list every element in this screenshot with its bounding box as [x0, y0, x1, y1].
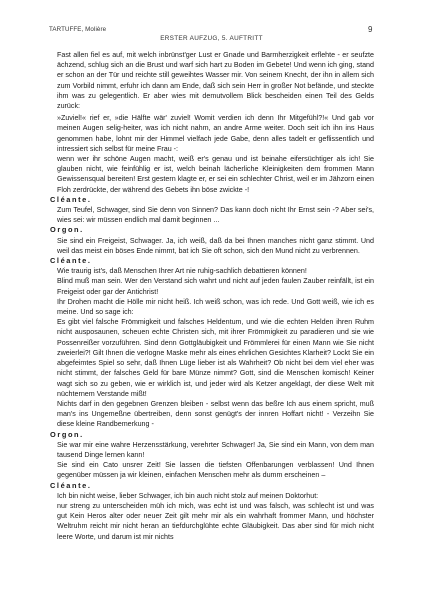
- running-header-scene: ERSTER AUFZUG, 5. AUFTRITT: [0, 35, 423, 42]
- paragraph: Sie sind ein Cato unsrer Zeit! Sie lasse…: [57, 460, 374, 480]
- paragraph: Nichts darf in den gegebnen Grenzen blei…: [57, 399, 374, 430]
- running-header-title: TARTUFFE, Molière: [49, 26, 106, 33]
- paragraph: Ich bin nicht weise, lieber Schwager, ic…: [57, 491, 374, 501]
- speaker-name: Orgon.: [50, 430, 374, 440]
- paragraph: Sie sind ein Freigeist, Schwager. Ja, ic…: [57, 236, 374, 256]
- paragraph: Zum Teufel, Schwager, sind Sie denn von …: [57, 205, 374, 225]
- paragraph: nur streng zu unterscheiden müh ich mich…: [57, 501, 374, 542]
- paragraph: »Zuviel!« rief er, »die Hälfte wär' zuvi…: [57, 113, 374, 154]
- speaker-name: Cléante.: [50, 195, 374, 205]
- paragraph: Blind muß man sein. Wer den Verstand sic…: [57, 276, 374, 296]
- speaker-name: Cléante.: [50, 256, 374, 266]
- speaker-name: Orgon.: [50, 225, 374, 235]
- paragraph: Fast allen fiel es auf, mit welch inbrün…: [57, 50, 374, 111]
- document-page: TARTUFFE, Molière 9 ERSTER AUFZUG, 5. AU…: [0, 0, 423, 598]
- page-number: 9: [368, 25, 372, 34]
- paragraph: Wie traurig ist's, daß Menschen Ihrer Ar…: [57, 266, 374, 276]
- paragraph: Sie war mir eine wahre Herzensstärkung, …: [57, 440, 374, 460]
- speaker-name: Cléante.: [50, 481, 374, 491]
- paragraph: Ihr Drohen macht die Hölle mir nicht hei…: [57, 297, 374, 317]
- paragraph: wenn wer ihr schöne Augen macht, weiß er…: [57, 154, 374, 195]
- document-body: Fast allen fiel es auf, mit welch inbrün…: [50, 50, 374, 542]
- paragraph: Es gibt viel falsche Frömmigkeit und fal…: [57, 317, 374, 399]
